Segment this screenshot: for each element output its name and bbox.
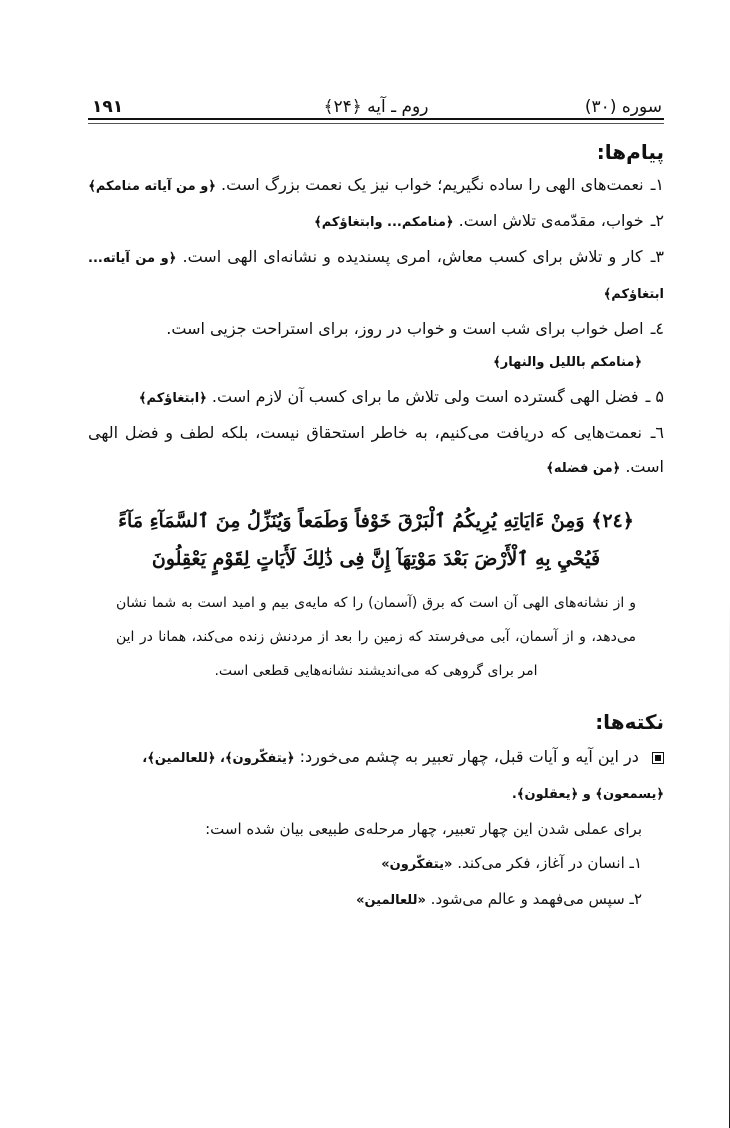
verse-line-1: ﴿۲٤﴾ وَمِنْ ءَايَاتِهِ يُرِيكُمُ ٱلْبَرْ… bbox=[88, 502, 664, 540]
message-number: ٤ـ bbox=[651, 319, 664, 338]
quran-verse: ﴿۲٤﴾ وَمِنْ ءَايَاتِهِ يُرِيكُمُ ٱلْبَرْ… bbox=[88, 502, 664, 578]
message-quote: ﴿منامکم... وابتغاؤکم﴾ bbox=[314, 215, 453, 230]
surah-label: سوره (۳۰) bbox=[585, 96, 662, 118]
message-quote: ﴿و من آیاته منامکم﴾ bbox=[88, 179, 216, 194]
message-item-6: ٦ـ نعمت‌هایی که دریافت می‌کنیم، به خاطر … bbox=[88, 416, 664, 486]
message-item-1: ۱ـ نعمت‌های الهی را ساده نگیریم؛ خواب نی… bbox=[88, 168, 664, 204]
message-text: خواب، مقدّمه‌ی تلاش است. bbox=[459, 211, 644, 230]
running-header: سوره (۳۰) روم ـ آیه ﴿۲۴﴾ ۱۹۱ bbox=[88, 96, 664, 118]
verse-number: ﴿۲٤﴾ bbox=[591, 510, 634, 532]
note-step-1: ۱ـ انسان در آغاز، فکر می‌کند. «یتفکّرون» bbox=[88, 846, 664, 882]
step-number: ۱ـ bbox=[630, 854, 642, 872]
page-number: ۱۹۱ bbox=[92, 96, 123, 118]
square-bullet-icon bbox=[652, 752, 664, 764]
message-number: ۱ـ bbox=[651, 175, 664, 194]
step-text: سپس می‌فهمد و عالم می‌شود. bbox=[431, 890, 625, 908]
message-number: ۲ـ bbox=[651, 211, 664, 230]
message-quote: ﴿ابتغاؤکم﴾ bbox=[139, 391, 207, 406]
message-text: کار و تلاش برای کسب معاش، امری پسندیده و… bbox=[183, 247, 643, 266]
verse-text-1: وَمِنْ ءَايَاتِهِ يُرِيكُمُ ٱلْبَرْقَ خَ… bbox=[118, 510, 584, 532]
message-number: ٦ـ bbox=[651, 423, 664, 442]
messages-title: پیام‌ها: bbox=[88, 138, 664, 166]
step-number: ۲ـ bbox=[630, 890, 642, 908]
message-text: نعمت‌های الهی را ساده نگیریم؛ خواب نیز ی… bbox=[221, 175, 644, 194]
note-step-2: ۲ـ سپس می‌فهمد و عالم می‌شود. «للعالمین» bbox=[88, 882, 664, 918]
message-item-2: ۲ـ خواب، مقدّمه‌ی تلاش است. ﴿منامکم... و… bbox=[88, 204, 664, 240]
message-number: ۳ـ bbox=[651, 247, 664, 266]
verse-translation: و از نشانه‌های الهی آن است که برق (آسمان… bbox=[116, 586, 636, 688]
note-paragraph-2: برای عملی شدن این چهار تعبیر، چهار مرحله… bbox=[88, 812, 664, 846]
message-number: ۵ ـ bbox=[646, 387, 664, 406]
message-quote: ﴿من فضله﴾ bbox=[546, 461, 620, 476]
ayah-reference: روم ـ آیه ﴿۲۴﴾ bbox=[324, 96, 429, 118]
step-quote: «للعالمین» bbox=[356, 893, 426, 908]
header-rule-thin bbox=[88, 123, 664, 124]
note-paragraph-1: در این آیه و آیات قبل، چهار تعبیر به چشم… bbox=[88, 740, 664, 812]
message-item-5: ۵ ـ فضل الهی گسترده است ولی تلاش ما برای… bbox=[88, 380, 664, 416]
step-quote: «یتفکّرون» bbox=[381, 857, 452, 872]
message-text: اصل خواب برای شب است و خواب در روز، برای… bbox=[166, 319, 643, 338]
book-page: سوره (۳۰) روم ـ آیه ﴿۲۴﴾ ۱۹۱ پیام‌ها: ۱ـ… bbox=[88, 96, 664, 918]
message-item-3: ۳ـ کار و تلاش برای کسب معاش، امری پسندید… bbox=[88, 240, 664, 312]
message-text: فضل الهی گسترده است ولی تلاش ما برای کسب… bbox=[212, 387, 639, 406]
step-text: انسان در آغاز، فکر می‌کند. bbox=[457, 854, 625, 872]
verse-line-2: فَيُحْيِ بِهِ ٱلْأَرْضَ بَعْدَ مَوْتِهَآ… bbox=[88, 540, 664, 578]
notes-title: نکته‌ها: bbox=[88, 708, 664, 736]
messages-list: ۱ـ نعمت‌های الهی را ساده نگیریم؛ خواب نی… bbox=[88, 168, 664, 486]
header-rule-thick bbox=[88, 118, 664, 120]
note-text: در این آیه و آیات قبل، چهار تعبیر به چشم… bbox=[300, 747, 639, 766]
message-item-4: ٤ـ اصل خواب برای شب است و خواب در روز، ب… bbox=[88, 312, 664, 380]
message-quote: ﴿منامکم باللیل والنهار﴾ bbox=[88, 346, 664, 380]
